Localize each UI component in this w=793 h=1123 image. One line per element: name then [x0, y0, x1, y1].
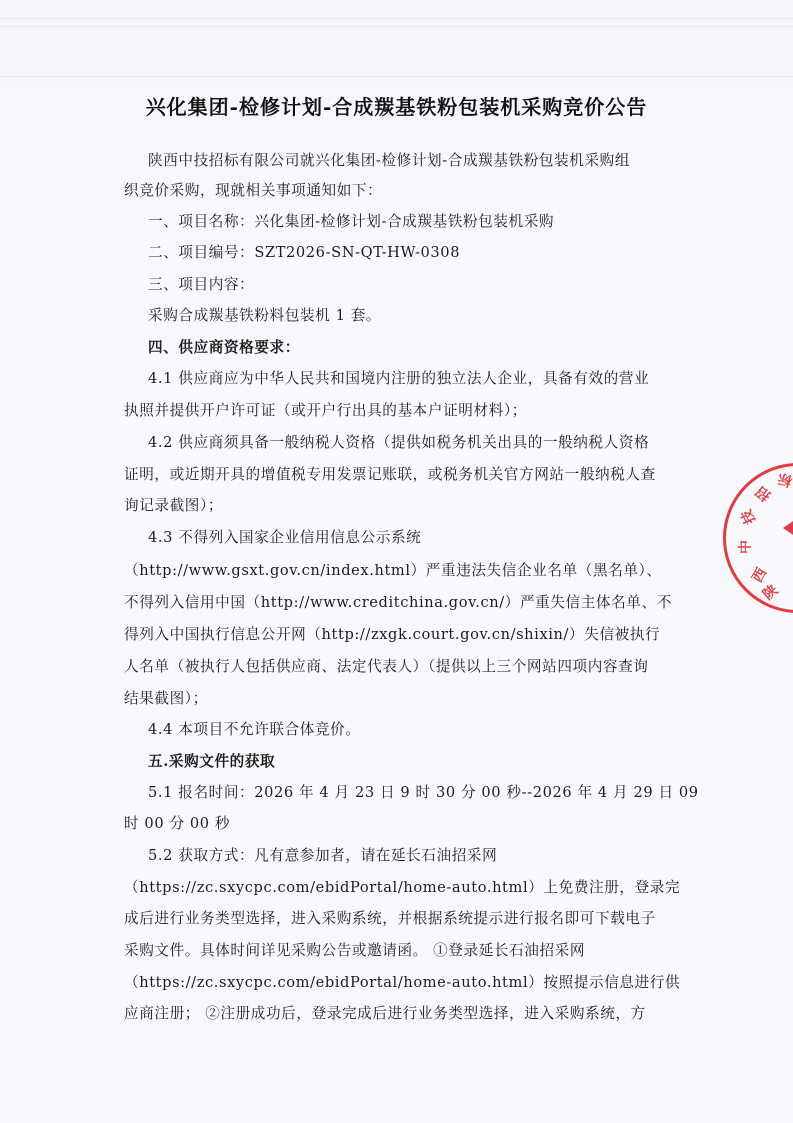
paragraph-line: 时 00 分 00 秒 — [124, 814, 230, 834]
requirement-4-1: 4.1 供应商应为中华人民共和国境内注册的独立法人企业，具备有效的营业 — [148, 369, 649, 389]
scan-artifact — [0, 76, 793, 77]
section-supplier-requirements: 四、供应商资格要求： — [148, 338, 300, 358]
paragraph-line: 应商注册； ②注册成功后，登录完成后进行业务类型选择，进入采购系统，方 — [124, 1004, 646, 1024]
paragraph-line: 执照并提供开户许可证（或开户行出具的基本户证明材料）； — [124, 401, 527, 421]
seal-char: 中 — [735, 540, 755, 554]
document-title: 兴化集团-检修计划-合成羰基铁粉包装机采购竞价公告 — [0, 91, 793, 120]
acquisition-method: 5.2 获取方式：凡有意参加者，请在延长石油招采网 — [148, 846, 497, 866]
paragraph-line: 不得列入信用中国（http://www.creditchina.gov.cn/）… — [124, 593, 672, 613]
section-project-content: 三、项目内容： — [148, 275, 254, 295]
paragraph-line: 证明，或近期开具的增值税专用发票记账联，或税务机关官方网站一般纳税人查 — [124, 465, 656, 485]
paragraph-line: 询记录截图）； — [124, 496, 223, 516]
paragraph-line: 采购文件。具体时间详见采购公告或邀请函。 ①登录延长石油招采网 — [124, 941, 585, 961]
scan-artifact — [0, 26, 793, 27]
paragraph-line: 结果截图）； — [124, 689, 208, 709]
paragraph-line: （http://www.gsxt.gov.cn/index.html）严重违法失… — [124, 561, 662, 581]
registration-time: 5.1 报名时间：2026 年 4 月 23 日 9 时 30 分 00 秒--… — [148, 783, 699, 803]
section-project-name: 一、项目名称：兴化集团-检修计划-合成羰基铁粉包装机采购 — [148, 212, 554, 232]
paragraph-line: 陕西中技招标有限公司就兴化集团-检修计划-合成羰基铁粉包装机采购组 — [148, 151, 630, 171]
scan-artifact — [0, 18, 793, 19]
paragraph-line: （https://zc.sxycpc.com/ebidPortal/home-a… — [124, 973, 680, 993]
paragraph-line: 采购合成羰基铁粉料包装机 1 套。 — [148, 306, 381, 326]
paragraph-line: 人名单（被执行人包括供应商、法定代表人）（提供以上三个网站四项内容查询 — [124, 657, 648, 677]
paragraph-line: （https://zc.sxycpc.com/ebidPortal/home-a… — [124, 878, 680, 898]
section-document-acquisition: 五.采购文件的获取 — [148, 752, 275, 772]
paragraph-line: 成后进行业务类型选择，进入采购系统，并根据系统提示进行报名即可下载电子 — [124, 909, 656, 929]
requirement-4-2: 4.2 供应商须具备一般纳税人资格（提供如税务机关出具的一般纳税人资格 — [148, 433, 649, 453]
requirement-4-3: 4.3 不得列入国家企业信用信息公示系统 — [148, 528, 421, 548]
document-page: 兴化集团-检修计划-合成羰基铁粉包装机采购竞价公告 陕西中技招标有限公司就兴化集… — [0, 0, 793, 1123]
section-project-number: 二、项目编号：SZT2026-SN-QT-HW-0308 — [148, 243, 460, 263]
requirement-4-4: 4.4 本项目不允许联合体竞价。 — [148, 720, 361, 740]
paragraph-line: 得列入中国执行信息公开网（http://zxgk.court.gov.cn/sh… — [124, 625, 660, 645]
paragraph-line: 织竞价采购，现就相关事项通知如下： — [124, 181, 382, 201]
seal-star-icon — [783, 510, 793, 546]
